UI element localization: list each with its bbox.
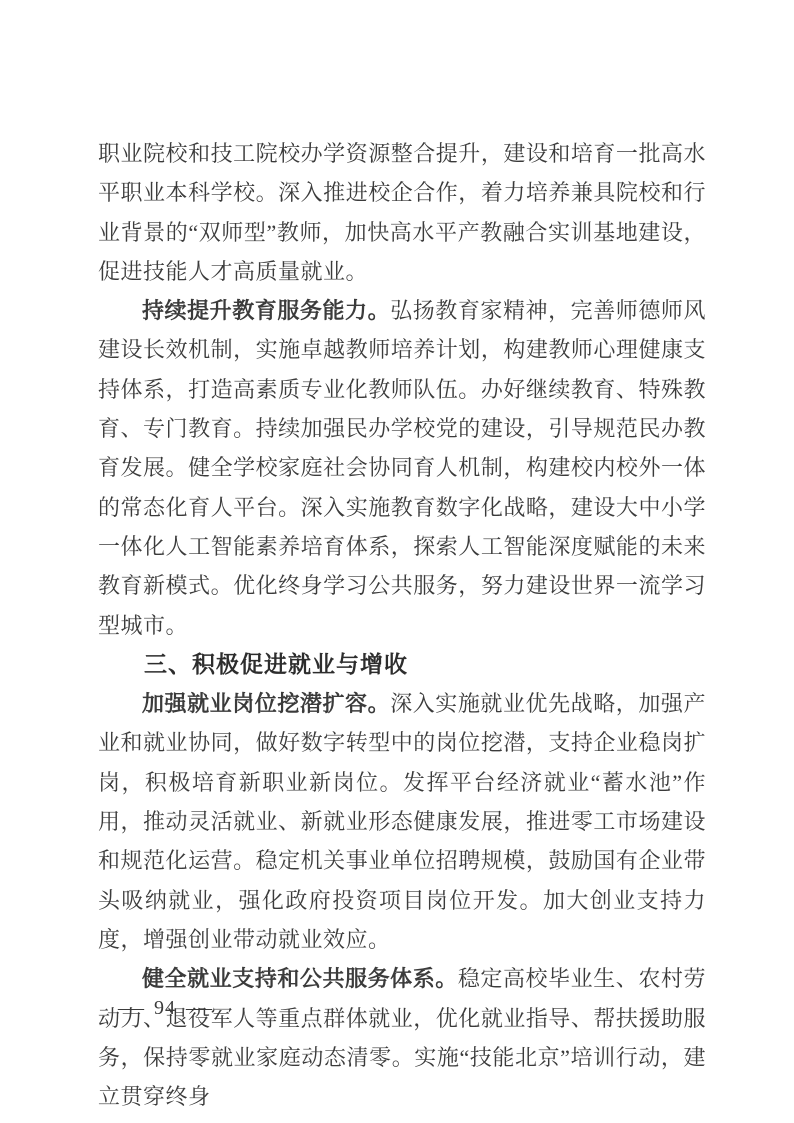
page-number: 94 bbox=[154, 997, 176, 1020]
paragraph-lead: 加强就业岗位挖潜扩容。 bbox=[142, 691, 390, 716]
section-heading: 三、积极促进就业与增收 bbox=[98, 645, 706, 684]
document-page: 职业院校和技工院校办学资源整合提升，建设和培育一批高水平职业本科学校。深入推进校… bbox=[0, 0, 794, 1123]
footer-dash-left: — bbox=[118, 997, 144, 1020]
paragraph-education-services: 持续提升教育服务能力。弘扬教育家精神，完善师德师风建设长效机制，实施卓越教师培养… bbox=[98, 291, 706, 645]
page-footer: — 94 — bbox=[121, 997, 209, 1020]
paragraph-employment-support: 健全就业支持和公共服务体系。稳定高校毕业生、农村劳动力、退役军人等重点群体就业，… bbox=[98, 959, 706, 1116]
document-content: 职业院校和技工院校办学资源整合提升，建设和培育一批高水平职业本科学校。深入推进校… bbox=[98, 134, 706, 1116]
footer-dash-right: — bbox=[186, 997, 212, 1020]
paragraph-lead: 健全就业支持和公共服务体系。 bbox=[142, 966, 458, 991]
paragraph-lead: 持续提升教育服务能力。 bbox=[142, 298, 390, 323]
paragraph-text: 职业院校和技工院校办学资源整合提升，建设和培育一批高水平职业本科学校。深入推进校… bbox=[98, 141, 706, 284]
paragraph-text: 弘扬教育家精神，完善师德师风建设长效机制，实施卓越教师培养计划，构建教师心理健康… bbox=[98, 298, 706, 637]
paragraph-text: 深入实施就业优先战略，加强产业和就业协同，做好数字转型中的岗位挖潜，支持企业稳岗… bbox=[98, 691, 706, 952]
paragraph-vocational-schools: 职业院校和技工院校办学资源整合提升，建设和培育一批高水平职业本科学校。深入推进校… bbox=[98, 134, 706, 291]
paragraph-job-expansion: 加强就业岗位挖潜扩容。深入实施就业优先战略，加强产业和就业协同，做好数字转型中的… bbox=[98, 684, 706, 959]
